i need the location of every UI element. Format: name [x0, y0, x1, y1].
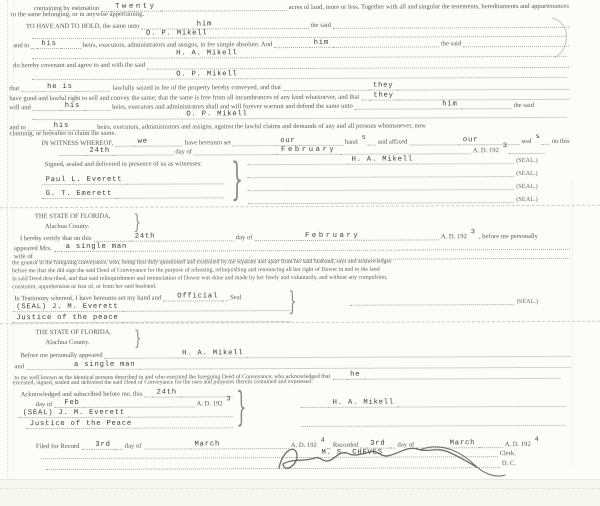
form-text: Signed, sealed and delivered in presence… — [43, 160, 205, 168]
dotted-rule — [301, 418, 566, 427]
form-text: Alachua County. — [43, 223, 91, 231]
form-paragraph-line: before me that she did sign the said Dee… — [12, 267, 380, 275]
form-text: lawfully seized in fee of the property h… — [111, 84, 283, 92]
form-line: Acknowledged and subscribed before me, t… — [19, 388, 233, 398]
state-heading: THE STATE OF FLORIDA, — [33, 213, 113, 221]
section-separator — [0, 205, 600, 209]
dotted-rule — [32, 112, 182, 121]
dotted-rule — [54, 244, 62, 252]
county-heading: Alachua County. — [43, 223, 91, 231]
dotted-rule — [77, 84, 111, 92]
dotted-rule — [32, 51, 172, 60]
seal-label: (SEAL.) — [514, 196, 538, 203]
form-paragraph-line: the grantor in the foregoing conveyance,… — [12, 259, 391, 267]
typed-value: he — [346, 371, 364, 380]
typed-value: our — [276, 137, 299, 146]
dotted-rule — [136, 421, 233, 429]
dotted-rule — [350, 297, 515, 306]
dotted-rule — [161, 3, 287, 12]
form-text: acres of land, more or less. Together wi… — [287, 3, 571, 12]
typed-value: they — [369, 82, 397, 91]
dotted-rule — [122, 303, 290, 312]
dotted-rule — [340, 147, 471, 156]
form-text: THE STATE OF FLORIDA, — [33, 329, 113, 337]
typed-value: a single man — [70, 361, 139, 371]
form-line: claiming, or hereafter to claim the same… — [7, 130, 118, 138]
dotted-rule — [32, 72, 172, 81]
state-heading: THE STATE OF FLORIDA, — [33, 329, 113, 337]
typed-month: Feb — [60, 399, 83, 408]
dotted-rule — [248, 195, 515, 204]
dotted-rule — [241, 49, 566, 58]
typed-year-digit: 3 — [225, 397, 233, 405]
seal-label: (SEAL.) — [514, 183, 538, 190]
dotted-rule — [463, 39, 569, 47]
page-bottom-margin — [0, 479, 600, 506]
form-text: on this — [550, 138, 572, 146]
typed-suffix: s — [360, 135, 368, 143]
typed-year-digit: 4 — [533, 437, 541, 445]
witness-heading: Signed, sealed and delivered in presence… — [43, 160, 205, 168]
brace: } — [134, 326, 142, 350]
form-text: heirs, executors, administrators and ass… — [81, 41, 275, 49]
typed-value: his — [61, 102, 84, 111]
form-text: A. D. 192 — [195, 400, 225, 408]
dotted-rule — [94, 234, 131, 242]
dotted-rule — [509, 146, 545, 154]
typed-value-grantee: him — [193, 20, 216, 29]
scanned-deed-page: containing by estimation Twenty acres of… — [0, 0, 600, 506]
form-text: appeared Mrs. — [12, 245, 54, 253]
form-text: that — [7, 85, 21, 93]
seal-label: (SEAL.) — [514, 157, 538, 164]
typed-value: he is — [43, 83, 77, 92]
typed-name: O. P. Mikell — [142, 29, 211, 39]
typed-value: Official — [173, 292, 222, 301]
dotted-rule — [21, 84, 43, 92]
dotted-rule — [274, 40, 309, 48]
typed-signer-name: H. A. Mikell — [329, 399, 398, 409]
seal-line: (SEAL.) — [350, 297, 538, 306]
form-text: heirs, executors, administrators and ass… — [95, 122, 428, 131]
form-text: Alachua County. — [43, 339, 91, 347]
form-text: day of — [34, 401, 55, 409]
form-text: will and — [7, 104, 32, 112]
typed-name: O. P. Mikell — [182, 110, 251, 120]
dotted-rule — [333, 40, 439, 48]
notary-signature: (SEAL) J. M. Everett — [19, 408, 233, 418]
deed-form: containing by estimation Twenty acres of… — [0, 0, 600, 506]
notary-signature: (SEAL) J. M. Everett — [12, 302, 290, 312]
brace: } — [236, 384, 246, 430]
form-line: and a single man — [12, 359, 570, 371]
typed-month: February — [277, 146, 340, 156]
seal-line: H. A. Mikell (SEAL.) — [248, 155, 538, 166]
dotted-rule — [248, 169, 515, 178]
typed-day: 24th — [86, 147, 114, 156]
typed-value: we — [134, 138, 152, 147]
grantor-signature-line: H. A. Mikell — [301, 398, 566, 408]
dotted-rule — [247, 349, 570, 358]
typed-name: H. A. Mikell — [172, 49, 241, 59]
dotted-rule — [417, 156, 514, 164]
typed-day: 24th — [131, 233, 159, 242]
typed-value: a single man — [62, 243, 131, 253]
seal-line: (SEAL.) — [248, 195, 538, 204]
form-text: day of — [173, 148, 194, 156]
seal-label: (SEAL.) — [514, 170, 538, 177]
form-text: and — [12, 363, 26, 371]
brace: } — [133, 210, 141, 234]
dotted-rule — [145, 390, 153, 398]
form-text: day of — [234, 234, 255, 242]
form-text: do hereby covenant and agree to and with… — [11, 62, 147, 70]
typed-signer-name: H. A. Mikell — [348, 155, 417, 165]
typed-value: they — [369, 92, 397, 101]
dotted-rule — [163, 294, 173, 302]
form-text: THE STATE OF FLORIDA, — [33, 213, 113, 221]
form-line: H. A. Mikell — [32, 48, 566, 60]
notary-title: Justice of the Peace — [26, 419, 233, 429]
typed-month: March — [190, 440, 224, 449]
form-line: O. P. Mikell — [32, 69, 566, 81]
form-line: day of Feb A. D. 192 3 — [34, 398, 233, 408]
typed-year-digit: 3 — [469, 230, 477, 238]
handwritten-signature — [271, 433, 511, 482]
dotted-rule — [301, 400, 329, 408]
brace: } — [231, 153, 243, 205]
dotted-rule — [248, 157, 348, 165]
witness-signature: Paul L. Everett — [42, 175, 224, 185]
form-text: Acknowledged and subscribed before me, t… — [19, 390, 145, 398]
dotted-rule — [364, 371, 560, 380]
form-text: to the same belonging, or in anywise app… — [9, 11, 146, 19]
typed-notary-name: (SEAL) J. M. Everett — [19, 409, 129, 419]
dotted-rule — [283, 83, 369, 91]
typed-year-digit: 3 — [501, 144, 509, 152]
typed-value: our — [459, 136, 482, 145]
typed-notary-name: (SEAL) J. M. Everett — [12, 303, 122, 313]
dotted-rule — [242, 70, 567, 79]
form-line: to the same belonging, or in anywise app… — [9, 11, 146, 19]
dotted-rule — [364, 233, 439, 241]
form-paragraph-line: constraint, apprehension or fear of, or … — [12, 284, 156, 291]
dotted-rule — [332, 372, 346, 380]
typed-value: his — [37, 40, 60, 49]
dotted-rule — [32, 31, 142, 39]
dotted-rule — [139, 360, 570, 370]
typed-witness-name: G. T. Emerett — [42, 190, 117, 200]
form-text: claiming, or hereafter to claim the same… — [7, 130, 118, 138]
typed-notary-title: Justice of the Peace — [26, 420, 136, 430]
form-text: Before me personally appeared — [18, 352, 104, 360]
form-text: , before me personally — [477, 233, 540, 241]
form-text: In Testimony whereof, I have hereunto se… — [12, 294, 163, 302]
dotted-rule — [105, 351, 178, 359]
dotted-rule — [397, 82, 569, 91]
dotted-rule — [116, 191, 224, 199]
dotted-rule — [129, 410, 233, 418]
typed-suffix: s — [534, 134, 542, 142]
dotted-rule — [398, 399, 566, 408]
dotted-rule — [254, 233, 301, 241]
dotted-rule — [252, 110, 567, 119]
typed-month: February — [301, 232, 364, 242]
form-paragraph-line: executed, signed, sealed and delivered t… — [13, 379, 313, 387]
typed-value: him — [310, 39, 333, 48]
witness-signature: G. T. Emerett — [42, 189, 224, 199]
form-line: O. P. Mikell — [32, 109, 566, 121]
dotted-rule — [60, 148, 86, 156]
dotted-rule — [61, 41, 81, 49]
seal-line: (SEAL.) — [248, 169, 538, 178]
dotted-rule — [26, 362, 70, 370]
form-text: A. D. 192 — [439, 233, 469, 241]
typed-name: O. P. Mikell — [172, 70, 241, 80]
form-line: Before me personally appeared H. A. Mike… — [18, 348, 570, 360]
typed-day: 3rd — [91, 441, 114, 450]
form-text: I hereby certify that on this — [18, 235, 94, 243]
dotted-rule — [84, 400, 195, 408]
seal-label: (SEAL.) — [515, 298, 539, 305]
form-text: the said — [439, 40, 463, 48]
blank-signature-line — [301, 418, 566, 427]
dotted-rule — [248, 182, 515, 191]
dotted-rule — [114, 148, 173, 156]
form-text: and to — [11, 42, 31, 50]
typed-value: him — [438, 100, 461, 109]
form-text: A. D. 192 — [471, 147, 501, 155]
page-edge-dashes — [0, 488, 600, 489]
county-heading: Alachua County. — [43, 339, 91, 347]
dotted-rule — [159, 234, 234, 242]
seal-line: (SEAL.) — [248, 182, 538, 191]
typed-name: H. A. Mikell — [178, 349, 247, 359]
form-text: Seal — [228, 294, 243, 302]
typed-day: 24th — [153, 389, 181, 398]
typed-witness-name: Paul L. Everett — [42, 176, 127, 186]
form-line: In Testimony whereof, I have hereunto se… — [12, 292, 243, 302]
form-paragraph-line: in said Deed described, and that said re… — [12, 275, 387, 283]
dotted-rule — [126, 177, 223, 185]
